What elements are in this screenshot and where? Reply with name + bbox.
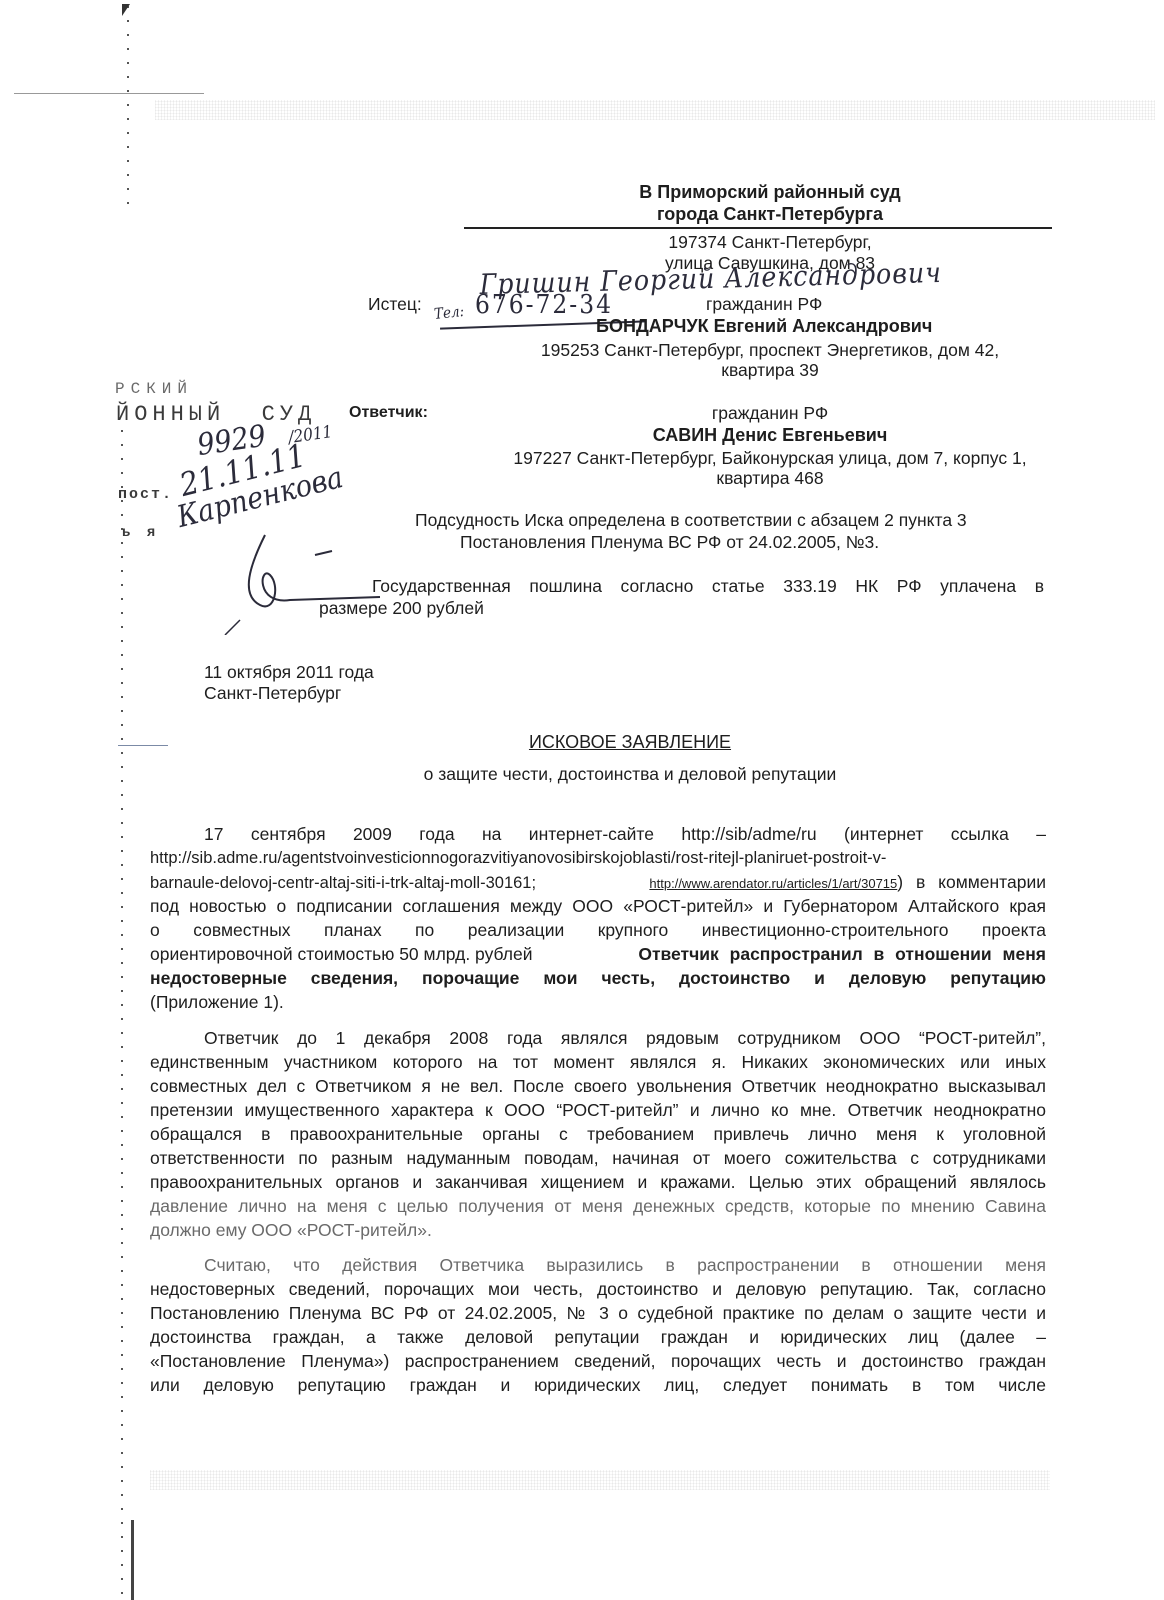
plaintiff-address-line1: 195253 Санкт-Петербург, проспект Энергет…	[500, 339, 1040, 361]
defendant-address-line1: 197227 Санкт-Петербург, Байконурская ули…	[490, 447, 1050, 469]
paragraph-1-bold-line: недостоверные сведения, порочащие мои че…	[150, 967, 1046, 989]
paragraph-2-line: давление лично на меня с целью получения…	[150, 1195, 1046, 1217]
paragraph-2-line: Ответчик до 1 декабря 2008 года являлся …	[204, 1027, 1046, 1049]
scan-line-mid	[118, 745, 168, 746]
paragraph-2-line: обращался в правоохранительные органы с …	[150, 1123, 1046, 1145]
jurisdiction-line1: Подсудность Иска определена в соответств…	[415, 509, 967, 531]
paragraph-1-line: (Приложение 1).	[150, 991, 284, 1013]
paragraph-1-bold-start: Ответчик распространил в отношении меня	[638, 943, 1046, 965]
scan-line-top	[14, 93, 204, 94]
paragraph-1-line-tail: ) в комментарии	[897, 872, 1046, 892]
paragraph-1-line: о совместных планах по реализации крупно…	[150, 919, 1046, 941]
paragraph-3-line: «Постановление Пленума») распространение…	[150, 1350, 1046, 1372]
plaintiff-label: Истец:	[368, 293, 422, 315]
plaintiff-name: БОНДАРЧУК Евгений Александрович	[596, 315, 932, 337]
binding-holes-left	[121, 430, 123, 1600]
plaintiff-citizenship: гражданин РФ	[706, 293, 822, 315]
paragraph-2-line: правоохранительных органов и заканчивая …	[150, 1171, 1046, 1193]
paragraph-2-line: претензии имущественного характера к ООО…	[150, 1099, 1046, 1121]
header-rule	[464, 227, 1052, 229]
paragraph-1-line: http://sib.adme.ru/agentstvoinvesticionn…	[150, 847, 886, 869]
paragraph-1-line: 17 сентября 2009 года на интернет-сайте …	[204, 823, 1046, 845]
document-title: ИСКОВОЕ ЗАЯВЛЕНИЕ	[400, 731, 860, 753]
paragraph-2-line: единственным участником которого на тот …	[150, 1051, 1046, 1073]
paragraph-2-line: должно ему ООО «РОСТ-ритейл».	[150, 1219, 432, 1241]
paragraph-3-line: недостоверных сведений, порочащих мои че…	[150, 1278, 1046, 1300]
arendator-link[interactable]: http://www.arendator.ru/articles/1/art/3…	[649, 876, 897, 891]
court-name-line2: города Санкт-Петербурга	[600, 203, 940, 225]
scan-noise-bottom	[150, 1470, 1050, 1490]
defendant-name: САВИН Денис Евгеньевич	[600, 424, 940, 446]
scan-noise-top	[155, 100, 1155, 120]
handwritten-phone-label: Тел:	[433, 302, 465, 323]
stamp-label-post: пост.	[118, 486, 173, 503]
stamp-text-top: РСКИЙ	[115, 380, 193, 398]
stamp-label-ya: ь я	[122, 525, 159, 541]
handwritten-phone: 676-72-34	[475, 290, 613, 320]
jurisdiction-line2: Постановления Пленума ВС РФ от 24.02.200…	[460, 531, 879, 553]
defendant-label: Ответчик:	[349, 402, 428, 424]
state-fee-line2: размере 200 рублей	[319, 597, 484, 619]
paragraph-1-line-start: ориентировочной стоимостью 50 млрд. рубл…	[150, 943, 532, 965]
defendant-address-line2: квартира 468	[600, 467, 940, 489]
paragraph-2-line: совместных дел с Ответчиком я не вел. По…	[150, 1075, 1046, 1097]
court-address-line1: 197374 Санкт-Петербург,	[600, 231, 940, 253]
paragraph-1-line: ориентировочной стоимостью 50 млрд. рубл…	[150, 943, 1046, 965]
paragraph-3-line: Считаю, что действия Ответчика выразилис…	[204, 1254, 1046, 1276]
plaintiff-address-line2: квартира 39	[500, 359, 1040, 381]
paragraph-3-line: или деловую репутацию граждан и юридичес…	[150, 1374, 1046, 1396]
paragraph-2-line: ответственности по разным надуманным пов…	[150, 1147, 1046, 1169]
stamp-court-name: ЙОННЫЙ СУД	[116, 402, 316, 427]
defendant-citizenship: гражданин РФ	[600, 402, 940, 424]
binding-holes-top	[127, 6, 129, 206]
paragraph-3-line: Постановлению Пленума ВС РФ от 24.02.200…	[150, 1302, 1046, 1324]
paragraph-1-line: под новостью о подписании соглашения меж…	[150, 895, 1046, 917]
document-city: Санкт-Петербург	[204, 682, 341, 704]
state-fee-line1: Государственная пошлина согласно статье …	[372, 575, 1044, 597]
margin-rule-bottom	[131, 1520, 134, 1600]
paragraph-1-line: barnaule-delovoj-centr-altaj-siti-i-trk-…	[150, 871, 1046, 895]
court-name-line1: В Приморский районный суд	[600, 181, 940, 203]
source-url-partial: barnaule-delovoj-centr-altaj-siti-i-trk-…	[150, 872, 536, 894]
document-subtitle: о защите чести, достоинства и деловой ре…	[380, 763, 880, 785]
paragraph-3-line: достоинства граждан, а также деловой реп…	[150, 1326, 1046, 1348]
document-date: 11 октября 2011 года	[204, 661, 374, 683]
